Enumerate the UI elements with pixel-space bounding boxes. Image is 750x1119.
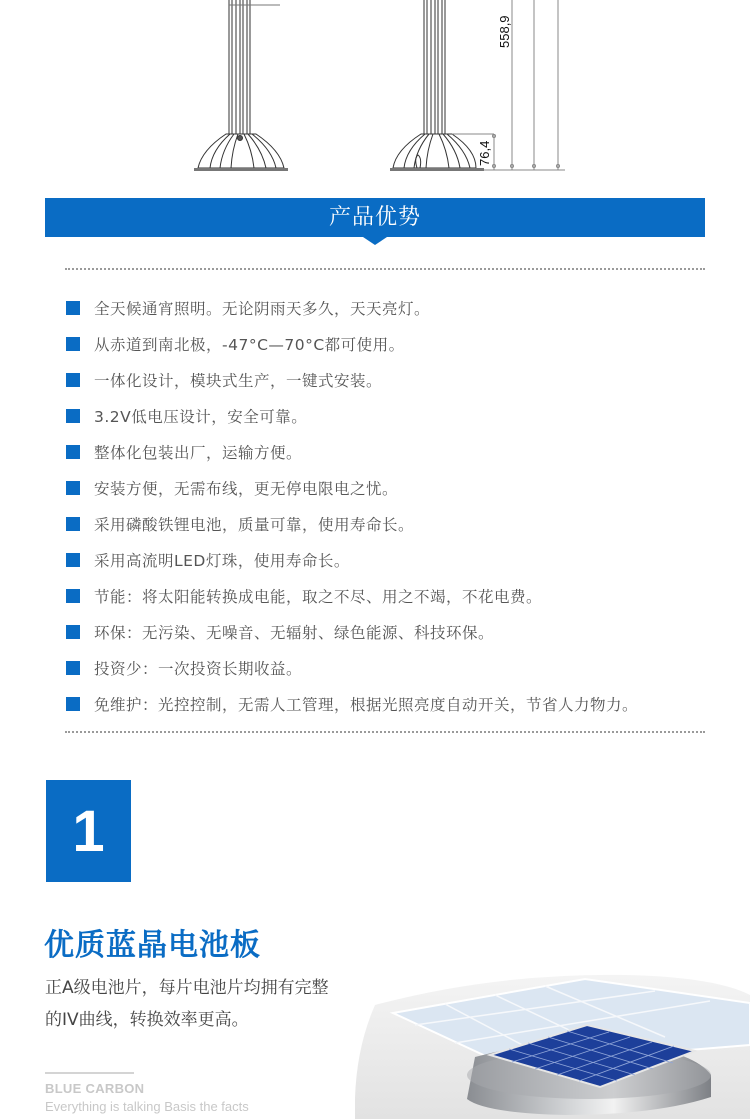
brand-tagline: Everything is talking Basis the facts <box>45 1099 249 1114</box>
square-bullet-icon <box>66 697 80 711</box>
list-item: 整体化包装出厂，运输方便。 <box>66 434 736 470</box>
list-item: 节能：将太阳能转换成电能，取之不尽、用之不竭，不花电费。 <box>66 578 736 614</box>
square-bullet-icon <box>66 373 80 387</box>
list-item: 3.2V低电压设计，安全可靠。 <box>66 398 736 434</box>
brand-name: BLUE CARBON <box>45 1081 144 1096</box>
list-item: 从赤道到南北极，-47°C—70°C都可使用。 <box>66 326 736 362</box>
list-item: 免维护：光控控制，无需人工管理，根据光照亮度自动开关，节省人力物力。 <box>66 686 736 722</box>
square-bullet-icon <box>66 589 80 603</box>
list-item: 全天候通宵照明。无论阴雨天多久，天天亮灯。 <box>66 290 736 326</box>
advantages-list: 全天候通宵照明。无论阴雨天多久，天天亮灯。 从赤道到南北极，-47°C—70°C… <box>66 290 736 722</box>
feature-description: 正A级电池片，每片电池片均拥有完整的IV曲线，转换效率更高。 <box>45 972 345 1036</box>
feature-title: 优质蓝晶电池板 <box>44 920 261 964</box>
list-item: 一体化设计，模块式生产，一键式安装。 <box>66 362 736 398</box>
brand-divider <box>45 1072 134 1074</box>
square-bullet-icon <box>66 409 80 423</box>
feature-number-badge: 1 <box>46 780 131 882</box>
square-bullet-icon <box>66 301 80 315</box>
square-bullet-icon <box>66 337 80 351</box>
dimension-base-label: 76,4 <box>477 141 492 166</box>
square-bullet-icon <box>66 445 80 459</box>
square-bullet-icon <box>66 517 80 531</box>
solar-panel-image <box>355 965 750 1119</box>
list-item: 采用高流明LED灯珠，使用寿命长。 <box>66 542 736 578</box>
square-bullet-icon <box>66 481 80 495</box>
dimension-height-label: 558,9 <box>497 15 512 48</box>
divider-bottom <box>65 731 705 733</box>
feature-number: 1 <box>72 798 104 865</box>
square-bullet-icon <box>66 553 80 567</box>
square-bullet-icon <box>66 625 80 639</box>
banner-pointer <box>363 237 387 245</box>
square-bullet-icon <box>66 661 80 675</box>
technical-drawing: 558,9 76,4 <box>0 0 750 180</box>
list-item: 环保：无污染、无噪音、无辐射、绿色能源、科技环保。 <box>66 614 736 650</box>
list-item: 安装方便，无需布线，更无停电限电之忧。 <box>66 470 736 506</box>
advantages-banner: 产品优势 <box>45 198 705 237</box>
advantages-title: 产品优势 <box>329 205 421 230</box>
divider-top <box>65 268 705 270</box>
list-item: 投资少：一次投资长期收益。 <box>66 650 736 686</box>
lamp-dimension-drawing <box>0 0 750 180</box>
list-item: 采用磷酸铁锂电池，质量可靠，使用寿命长。 <box>66 506 736 542</box>
